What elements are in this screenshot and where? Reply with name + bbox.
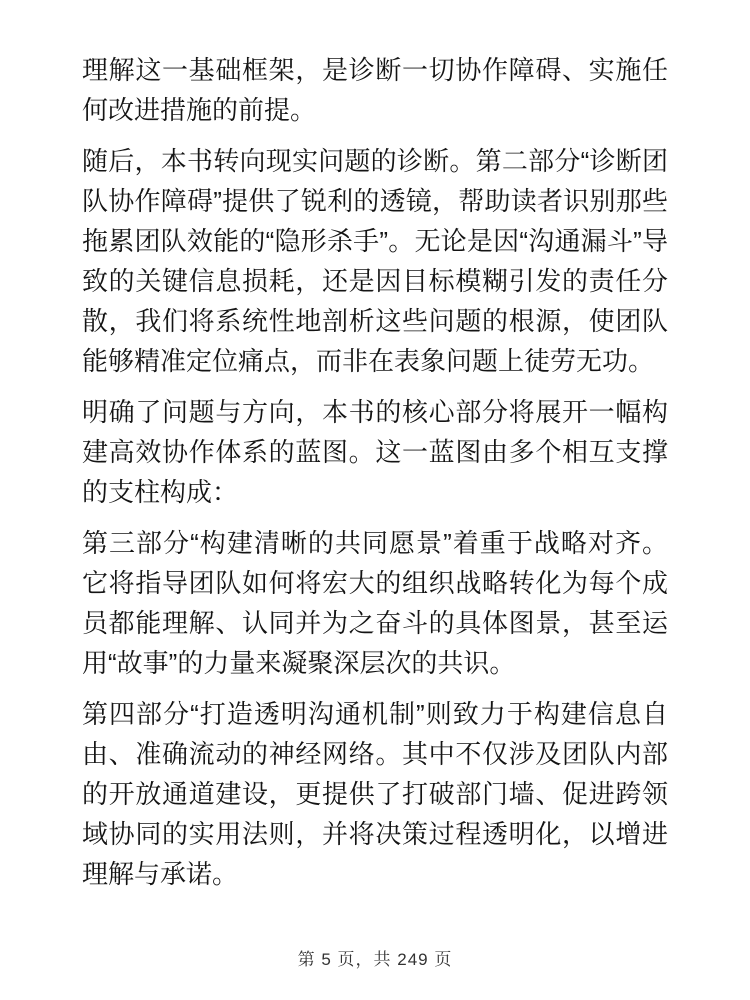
paragraph: 明确了问题与方向，本书的核心部分将展开一幅构建高效协作体系的蓝图。这一蓝图由多个… (82, 392, 668, 512)
paragraph: 随后，本书转向现实问题的诊断。第二部分“诊断团队协作障碍”提供了锐利的透镜，帮助… (82, 141, 668, 381)
page-text-content: 理解这一基础框架，是诊断一切协作障碍、实施任何改进措施的前提。 随后，本书转向现… (82, 50, 668, 905)
paragraph: 理解这一基础框架，是诊断一切协作障碍、实施任何改进措施的前提。 (82, 50, 668, 130)
paragraph: 第四部分“打造透明沟通机制”则致力于构建信息自由、准确流动的神经网络。其中不仅涉… (82, 694, 668, 894)
page-indicator: 第 5 页，共 249 页 (298, 950, 453, 969)
paragraph: 第三部分“构建清晰的共同愿景”着重于战略对齐。它将指导团队如何将宏大的组织战略转… (82, 523, 668, 683)
page-footer: 第 5 页，共 249 页 (0, 950, 750, 970)
reader-page: 理解这一基础框架，是诊断一切协作障碍、实施任何改进措施的前提。 随后，本书转向现… (0, 0, 750, 1000)
